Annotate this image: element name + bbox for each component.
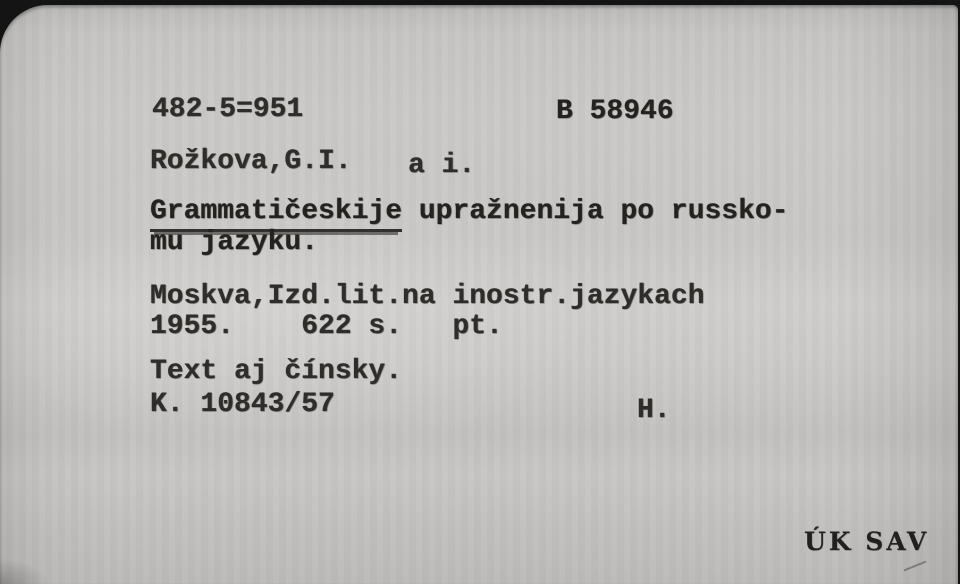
call-number: 482-5=951 <box>152 95 303 125</box>
record-number: K. 10843/57 <box>150 390 335 420</box>
library-stamp: ÚK SAV <box>804 527 929 556</box>
index-card-paper: 482-5=951 B 58946 Rožkova,G.I. a i. Gram… <box>0 5 958 584</box>
title-line-1: Grammatičeskije upražnenija po russko- <box>150 197 789 227</box>
title-rest: upražnenija po russko- <box>402 196 788 227</box>
title-line-2: mu jazyku. <box>150 228 318 258</box>
scanned-catalog-card: 482-5=951 B 58946 Rožkova,G.I. a i. Gram… <box>0 0 960 584</box>
language-note: Text aj čínsky. <box>150 357 402 387</box>
accession-number: B 58946 <box>556 97 674 127</box>
pencil-mark <box>903 561 926 572</box>
imprint-line: Moskva,Izd.lit.na inostr.jazykach <box>150 282 705 312</box>
author-addendum: a i. <box>408 151 475 181</box>
cataloguer-initial: H. <box>637 396 671 426</box>
collation-line: 1955. 622 s. pt. <box>150 312 503 342</box>
author-name: Rožkova,G.I. <box>150 147 352 177</box>
